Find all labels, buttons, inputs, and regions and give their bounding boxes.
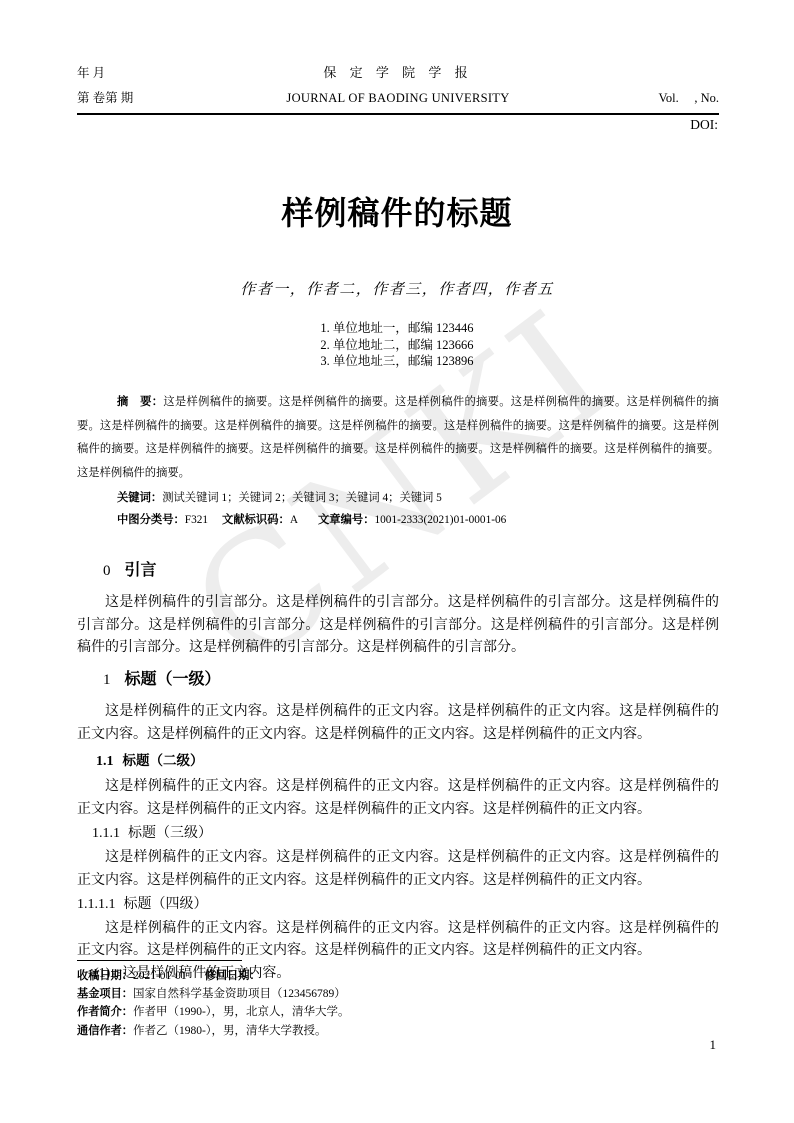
journal-issue: 第 卷第 期 <box>77 88 227 106</box>
article-id-label: 文章编号： <box>318 513 375 526</box>
revised-date-label: 修回日期： <box>205 969 261 982</box>
journal-title-en: JOURNAL OF BAODING UNIVERSITY <box>286 91 509 106</box>
journal-header: 年 月 保 定 学 院 学 报 第 卷第 期 JOURNAL OF BAODIN… <box>77 62 719 115</box>
section-heading-level2: 1.1标题（二级） <box>77 750 719 773</box>
keywords-label: 关键词： <box>117 491 162 504</box>
section-number: 1.1 <box>96 754 114 769</box>
footnote-dates: 收稿日期：2021-01-01修回日期： <box>77 967 719 985</box>
section-paragraph: 这是样例稿件的正文内容。这是样例稿件的正文内容。这是样例稿件的正文内容。这是样例… <box>77 918 719 963</box>
section-number: 1 <box>103 672 111 688</box>
section-paragraph: 这是样例稿件的正文内容。这是样例稿件的正文内容。这是样例稿件的正文内容。这是样例… <box>77 847 719 892</box>
abstract-text: 这是样例稿件的摘要。这是样例稿件的摘要。这是样例稿件的摘要。这是样例稿件的摘要。… <box>77 396 719 479</box>
article-body: 0引言 这是样例稿件的引言部分。这是样例稿件的引言部分。这是样例稿件的引言部分。… <box>77 559 719 985</box>
section-title: 引言 <box>125 560 157 579</box>
doi-label: DOI: <box>690 117 718 133</box>
section-number: 0 <box>103 563 111 579</box>
page-content: 年 月 保 定 学 院 学 报 第 卷第 期 JOURNAL OF BAODIN… <box>0 0 794 1123</box>
affiliation-line: 2. 单位地址二，邮编 123666 <box>0 337 794 354</box>
section-title: 标题（三级） <box>128 826 212 841</box>
section-title: 标题（二级） <box>123 753 204 769</box>
authors-line: 作者一，作者二，作者三，作者四，作者五 <box>0 278 794 299</box>
received-date-label: 收稿日期： <box>77 969 133 982</box>
abstract-paragraph: 摘 要：这是样例稿件的摘要。这是样例稿件的摘要。这是样例稿件的摘要。这是样例稿件… <box>77 390 719 485</box>
journal-page: CNKI 年 月 保 定 学 院 学 报 第 卷第 期 JOURNAL OF B… <box>0 0 794 1123</box>
section-title: 标题（四级） <box>124 897 208 912</box>
journal-vol-no: Vol. , No. <box>569 88 719 106</box>
section-title: 标题（一级） <box>125 669 221 688</box>
page-number: 1 <box>710 1037 717 1053</box>
abstract-block: 摘 要：这是样例稿件的摘要。这是样例稿件的摘要。这是样例稿件的摘要。这是样例稿件… <box>77 390 719 531</box>
section-number: 1.1.1 <box>92 826 120 841</box>
clc-line: 中图分类号：F321文献标识码：A文章编号：1001-2333(2021)01-… <box>77 509 719 531</box>
corresponding-value: 作者乙（1980-），男，清华大学教授。 <box>133 1025 327 1037</box>
footnote-corresponding: 通信作者：作者乙（1980-），男，清华大学教授。 <box>77 1022 719 1040</box>
footnote-rule <box>77 960 242 961</box>
footnote-block: 收稿日期：2021-01-01修回日期： 基金项目：国家自然科学基金资助项目（1… <box>77 960 719 1040</box>
section-paragraph: 这是样例稿件的正文内容。这是样例稿件的正文内容。这是样例稿件的正文内容。这是样例… <box>77 776 719 821</box>
footnote-fund: 基金项目：国家自然科学基金资助项目（123456789） <box>77 985 719 1003</box>
author-bio-label: 作者简介： <box>77 1005 133 1018</box>
section-heading-level4: 1.1.1.1标题（四级） <box>77 894 719 916</box>
received-date-value: 2021-01-01 <box>133 970 187 982</box>
section-number: 1.1.1.1 <box>77 897 116 912</box>
author-bio-value: 作者甲（1990-），男，北京人，清华大学。 <box>133 1006 350 1018</box>
journal-header-row-2: 第 卷第 期 JOURNAL OF BAODING UNIVERSITY Vol… <box>77 88 719 106</box>
doc-code-value: A <box>290 514 298 526</box>
keywords-text: 测试关键词 1；关键词 2；关键词 3；关键词 4；关键词 5 <box>162 492 442 504</box>
affiliation-line: 3. 单位地址三，邮编 123896 <box>0 353 794 370</box>
section-paragraph: 这是样例稿件的引言部分。这是样例稿件的引言部分。这是样例稿件的引言部分。这是样例… <box>77 592 719 659</box>
journal-date: 年 月 <box>77 63 227 81</box>
clc-label: 中图分类号： <box>117 513 185 526</box>
section-heading-level1: 0引言 <box>77 559 719 582</box>
article-id-value: 1001-2333(2021)01-0001-06 <box>375 514 507 526</box>
section-heading-level3: 1.1.1标题（三级） <box>77 823 719 845</box>
article-title: 样例稿件的标题 <box>0 188 794 234</box>
footnote-author-bio: 作者简介：作者甲（1990-），男，北京人，清华大学。 <box>77 1003 719 1021</box>
affiliation-line: 1. 单位地址一，邮编 123446 <box>0 320 794 337</box>
journal-header-row-1: 年 月 保 定 学 院 学 报 <box>77 62 719 81</box>
section-paragraph: 这是样例稿件的正文内容。这是样例稿件的正文内容。这是样例稿件的正文内容。这是样例… <box>77 701 719 746</box>
fund-label: 基金项目： <box>77 987 133 1000</box>
clc-value: F321 <box>185 514 208 526</box>
doc-code-label: 文献标识码： <box>222 513 290 526</box>
fund-value: 国家自然科学基金资助项目（123456789） <box>133 988 346 1000</box>
abstract-label: 摘 要： <box>117 395 163 408</box>
journal-title-cn: 保 定 学 院 学 报 <box>323 62 472 81</box>
corresponding-label: 通信作者： <box>77 1024 133 1037</box>
affiliations: 1. 单位地址一，邮编 123446 2. 单位地址二，邮编 123666 3.… <box>0 320 794 370</box>
keywords-line: 关键词：测试关键词 1；关键词 2；关键词 3；关键词 4；关键词 5 <box>77 487 719 509</box>
section-heading-level1: 1标题（一级） <box>77 668 719 691</box>
